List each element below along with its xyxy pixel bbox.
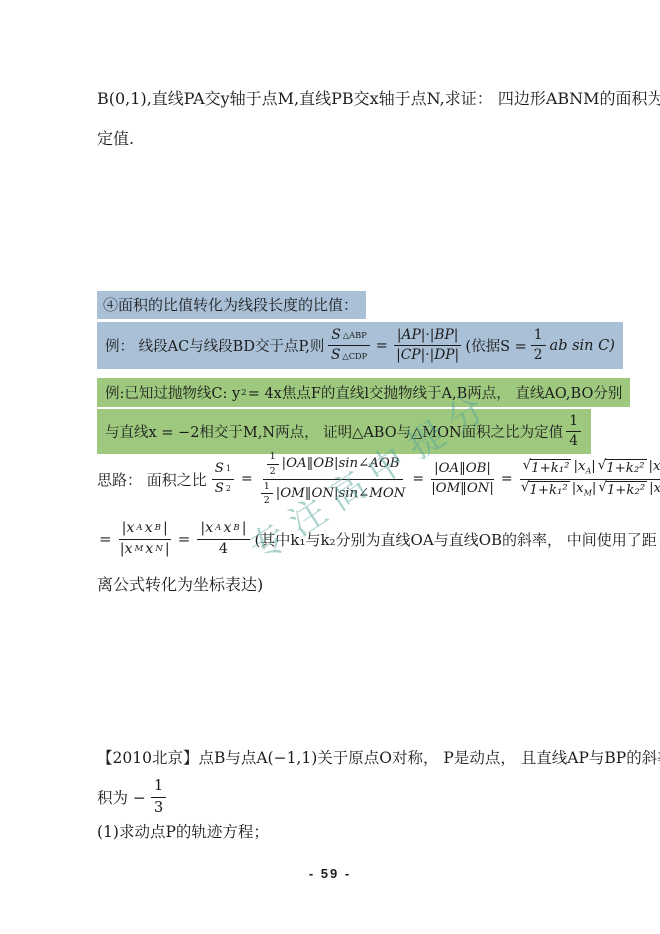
fraction-numerator: |AP|·|BP| — [394, 327, 462, 346]
math-subscript: 2 — [226, 484, 231, 494]
fraction-one-half: 12 — [267, 451, 279, 478]
fraction-denominator: 12 |OM‖ON|sin∠MON — [260, 480, 406, 508]
fraction-numerator: 12 |OA‖OB|sin∠AOB — [263, 451, 403, 480]
fraction-numerator: 1 — [267, 451, 279, 465]
solution-note: (其中k₁与k₂分别为直线OA与直线OB的斜率， 中间使用了距 — [255, 529, 657, 550]
problem-2010-line-2: 积为 − 1 3 — [97, 776, 168, 818]
fraction-numerator: S1 — [212, 461, 234, 480]
math-expression: |OM‖ON|sin∠MON — [276, 486, 406, 503]
math-subscript: △ABP — [343, 330, 367, 340]
math-subscript: B — [155, 523, 161, 534]
math-expression: |xM| — [572, 481, 597, 499]
problem-2010-line-1: 【2010北京】点B与点A(−1,1)关于原点O对称， P是动点， 且直线AP与… — [97, 746, 660, 768]
math-text: x — [223, 520, 231, 538]
sqrt-radical: √1+k₂² — [598, 459, 647, 478]
page-number: - 59 - — [0, 866, 660, 881]
fraction-sine-areas: 12 |OA‖OB|sin∠AOB 12 |OM‖ON|sin∠MON — [260, 451, 406, 508]
green-line1-pre: 例:已知过抛物线C: y — [105, 382, 240, 403]
fraction-one-third: 1 3 — [151, 777, 166, 817]
problem-2010-line2-pre: 积为 − — [97, 786, 146, 808]
fraction-denominator: |xMxN| — [120, 540, 170, 559]
math-subscript: N — [155, 544, 162, 555]
equals-sign: = — [410, 471, 426, 487]
math-text: | — [165, 541, 170, 559]
fraction-numerator: S△ABP — [328, 327, 369, 346]
fraction-denominator: S2 — [215, 480, 231, 498]
fraction-denominator: 3 — [154, 798, 163, 817]
fraction-s1-s2: S1 S2 — [212, 461, 234, 497]
fraction-numerator: |xAxB| — [119, 520, 171, 540]
sqrt-radicand: 1+k₁² — [528, 481, 569, 500]
math-text: |x — [572, 481, 584, 496]
section-heading: ④面积的比值转化为线段长度的比值： — [97, 291, 366, 319]
math-subscript: A — [136, 523, 142, 534]
basis-close-text: ab sin C) — [550, 338, 615, 354]
math-text: | — [591, 459, 595, 474]
math-text: x — [145, 520, 153, 538]
math-var: S — [331, 347, 340, 364]
math-var: S — [215, 461, 224, 478]
fraction-denominator: 2 — [270, 465, 276, 478]
equals-sign: = — [374, 338, 390, 354]
fraction-denominator: √1+k₁² |xM| √1+k₂² |xN| — [521, 480, 660, 500]
fraction-denominator: 2 — [264, 494, 270, 507]
math-text: |x — [649, 459, 660, 474]
fraction-one-half: 12 — [261, 481, 273, 508]
fraction-area-ratio: S△ABP S△CDP — [328, 327, 369, 364]
math-var: S — [331, 327, 340, 344]
math-text: |x — [573, 459, 585, 474]
fraction-numerator: 1 — [566, 413, 581, 432]
math-subscript: 1 — [226, 464, 231, 474]
solution-continued-row: = |xAxB| |xMxN| = |xAxB| 4 (其中k₁与k₂分别为直线… — [97, 517, 657, 561]
math-subscript: M — [584, 489, 592, 498]
sqrt-radical: √1+k₂² — [598, 481, 647, 500]
math-text: x — [145, 541, 153, 559]
green-line2-pre: 与直线x = −2相交于M,N两点， 证明△ABO与△MON面积之比为定值 — [105, 421, 563, 442]
fraction-segments: |AP|·|BP| |CP|·|DP| — [394, 327, 462, 364]
fraction-one-quarter: 1 4 — [566, 413, 581, 450]
math-text: |x — [122, 520, 135, 538]
fraction-numerator: 1 — [151, 777, 166, 797]
math-text: | — [163, 520, 168, 538]
math-text: | — [242, 520, 247, 538]
sqrt-radicand: 1+k₂² — [606, 481, 647, 500]
math-subscript: △CDP — [342, 351, 367, 361]
math-expression: |xN| — [649, 481, 660, 499]
fraction-denominator: |CP|·|DP| — [396, 346, 459, 364]
sqrt-radical: √1+k₁² — [523, 459, 572, 478]
fraction-denominator: 4 — [219, 540, 228, 559]
fraction-sqrt: √1+k₁² |xA| √1+k₂² |xB| √1+k₁² |xM| √1+k… — [520, 459, 660, 499]
math-expression: |xB| — [649, 459, 660, 477]
equals-sign: = — [97, 530, 114, 548]
basis-open-text: (依据S = — [465, 335, 526, 356]
math-text: |x — [649, 481, 660, 496]
math-text: |x — [200, 520, 213, 538]
fraction-oa-ob: |OA‖OB| |OM‖ON| — [431, 461, 494, 497]
math-expression: |OA‖OB|sin∠AOB — [282, 456, 400, 473]
equals-sign: = — [176, 530, 193, 548]
math-superscript: 2 — [241, 388, 247, 398]
fraction-numerator: |xAxB| — [197, 520, 249, 540]
fraction-numerator: √1+k₁² |xA| √1+k₂² |xB| — [520, 459, 660, 480]
fraction-denominator: |OM‖ON| — [431, 480, 494, 498]
fraction-one-half: 1 2 — [531, 327, 546, 364]
document-page: 专注高中提分 B(0,1),直线PA交y轴于点M,直线PB交x轴于点N,求证： … — [0, 0, 660, 934]
math-subscript: M — [135, 544, 144, 555]
intro-line-2: 定值. — [97, 126, 134, 149]
sqrt-radicand: 1+k₂² — [605, 459, 646, 478]
sqrt-radical: √1+k₁² — [521, 481, 570, 500]
math-subscript: A — [215, 523, 221, 534]
example-blue-block: 例： 线段AC与线段BD交于点P,则 S△ABP S△CDP = |AP|·|B… — [97, 322, 623, 369]
solution-label: 思路： 面积之比 — [97, 469, 207, 490]
math-subscript: B — [233, 523, 239, 534]
equals-sign: = — [239, 471, 255, 487]
solution-row: 思路： 面积之比 S1 S2 = 12 |OA‖OB|sin∠AOB 12 |O… — [97, 447, 660, 511]
fraction-x-over-4: |xAxB| 4 — [197, 520, 249, 559]
problem-2010-line-3: (1)求动点P的轨迹方程； — [97, 820, 269, 842]
math-var: S — [215, 481, 224, 498]
example-green-line-1: 例:已知过抛物线C: y2 = 4x焦点F的直线l交抛物线于A,B两点， 直线A… — [97, 378, 630, 407]
solution-note-tail: 离公式转化为坐标表达) — [97, 572, 263, 595]
fraction-numerator: |OA‖OB| — [431, 461, 494, 480]
green-line1-post: = 4x焦点F的直线l交抛物线于A,B两点， 直线AO,BO分别 — [248, 382, 623, 403]
intro-line-1: B(0,1),直线PA交y轴于点M,直线PB交x轴于点N,求证： 四边形ABNM… — [97, 86, 660, 109]
math-expression: |xA| — [573, 459, 595, 477]
sqrt-radicand: 1+k₁² — [530, 459, 571, 478]
fraction-numerator: 1 — [531, 327, 546, 346]
math-text: |x — [120, 541, 133, 559]
fraction-x-coords: |xAxB| |xMxN| — [119, 520, 171, 559]
math-text: | — [592, 481, 596, 496]
fraction-numerator: 1 — [261, 481, 273, 495]
fraction-denominator: 2 — [534, 346, 543, 364]
equals-sign: = — [499, 471, 515, 487]
fraction-denominator: S△CDP — [331, 346, 367, 364]
example-blue-prefix: 例： 线段AC与线段BD交于点P,则 — [105, 335, 324, 356]
